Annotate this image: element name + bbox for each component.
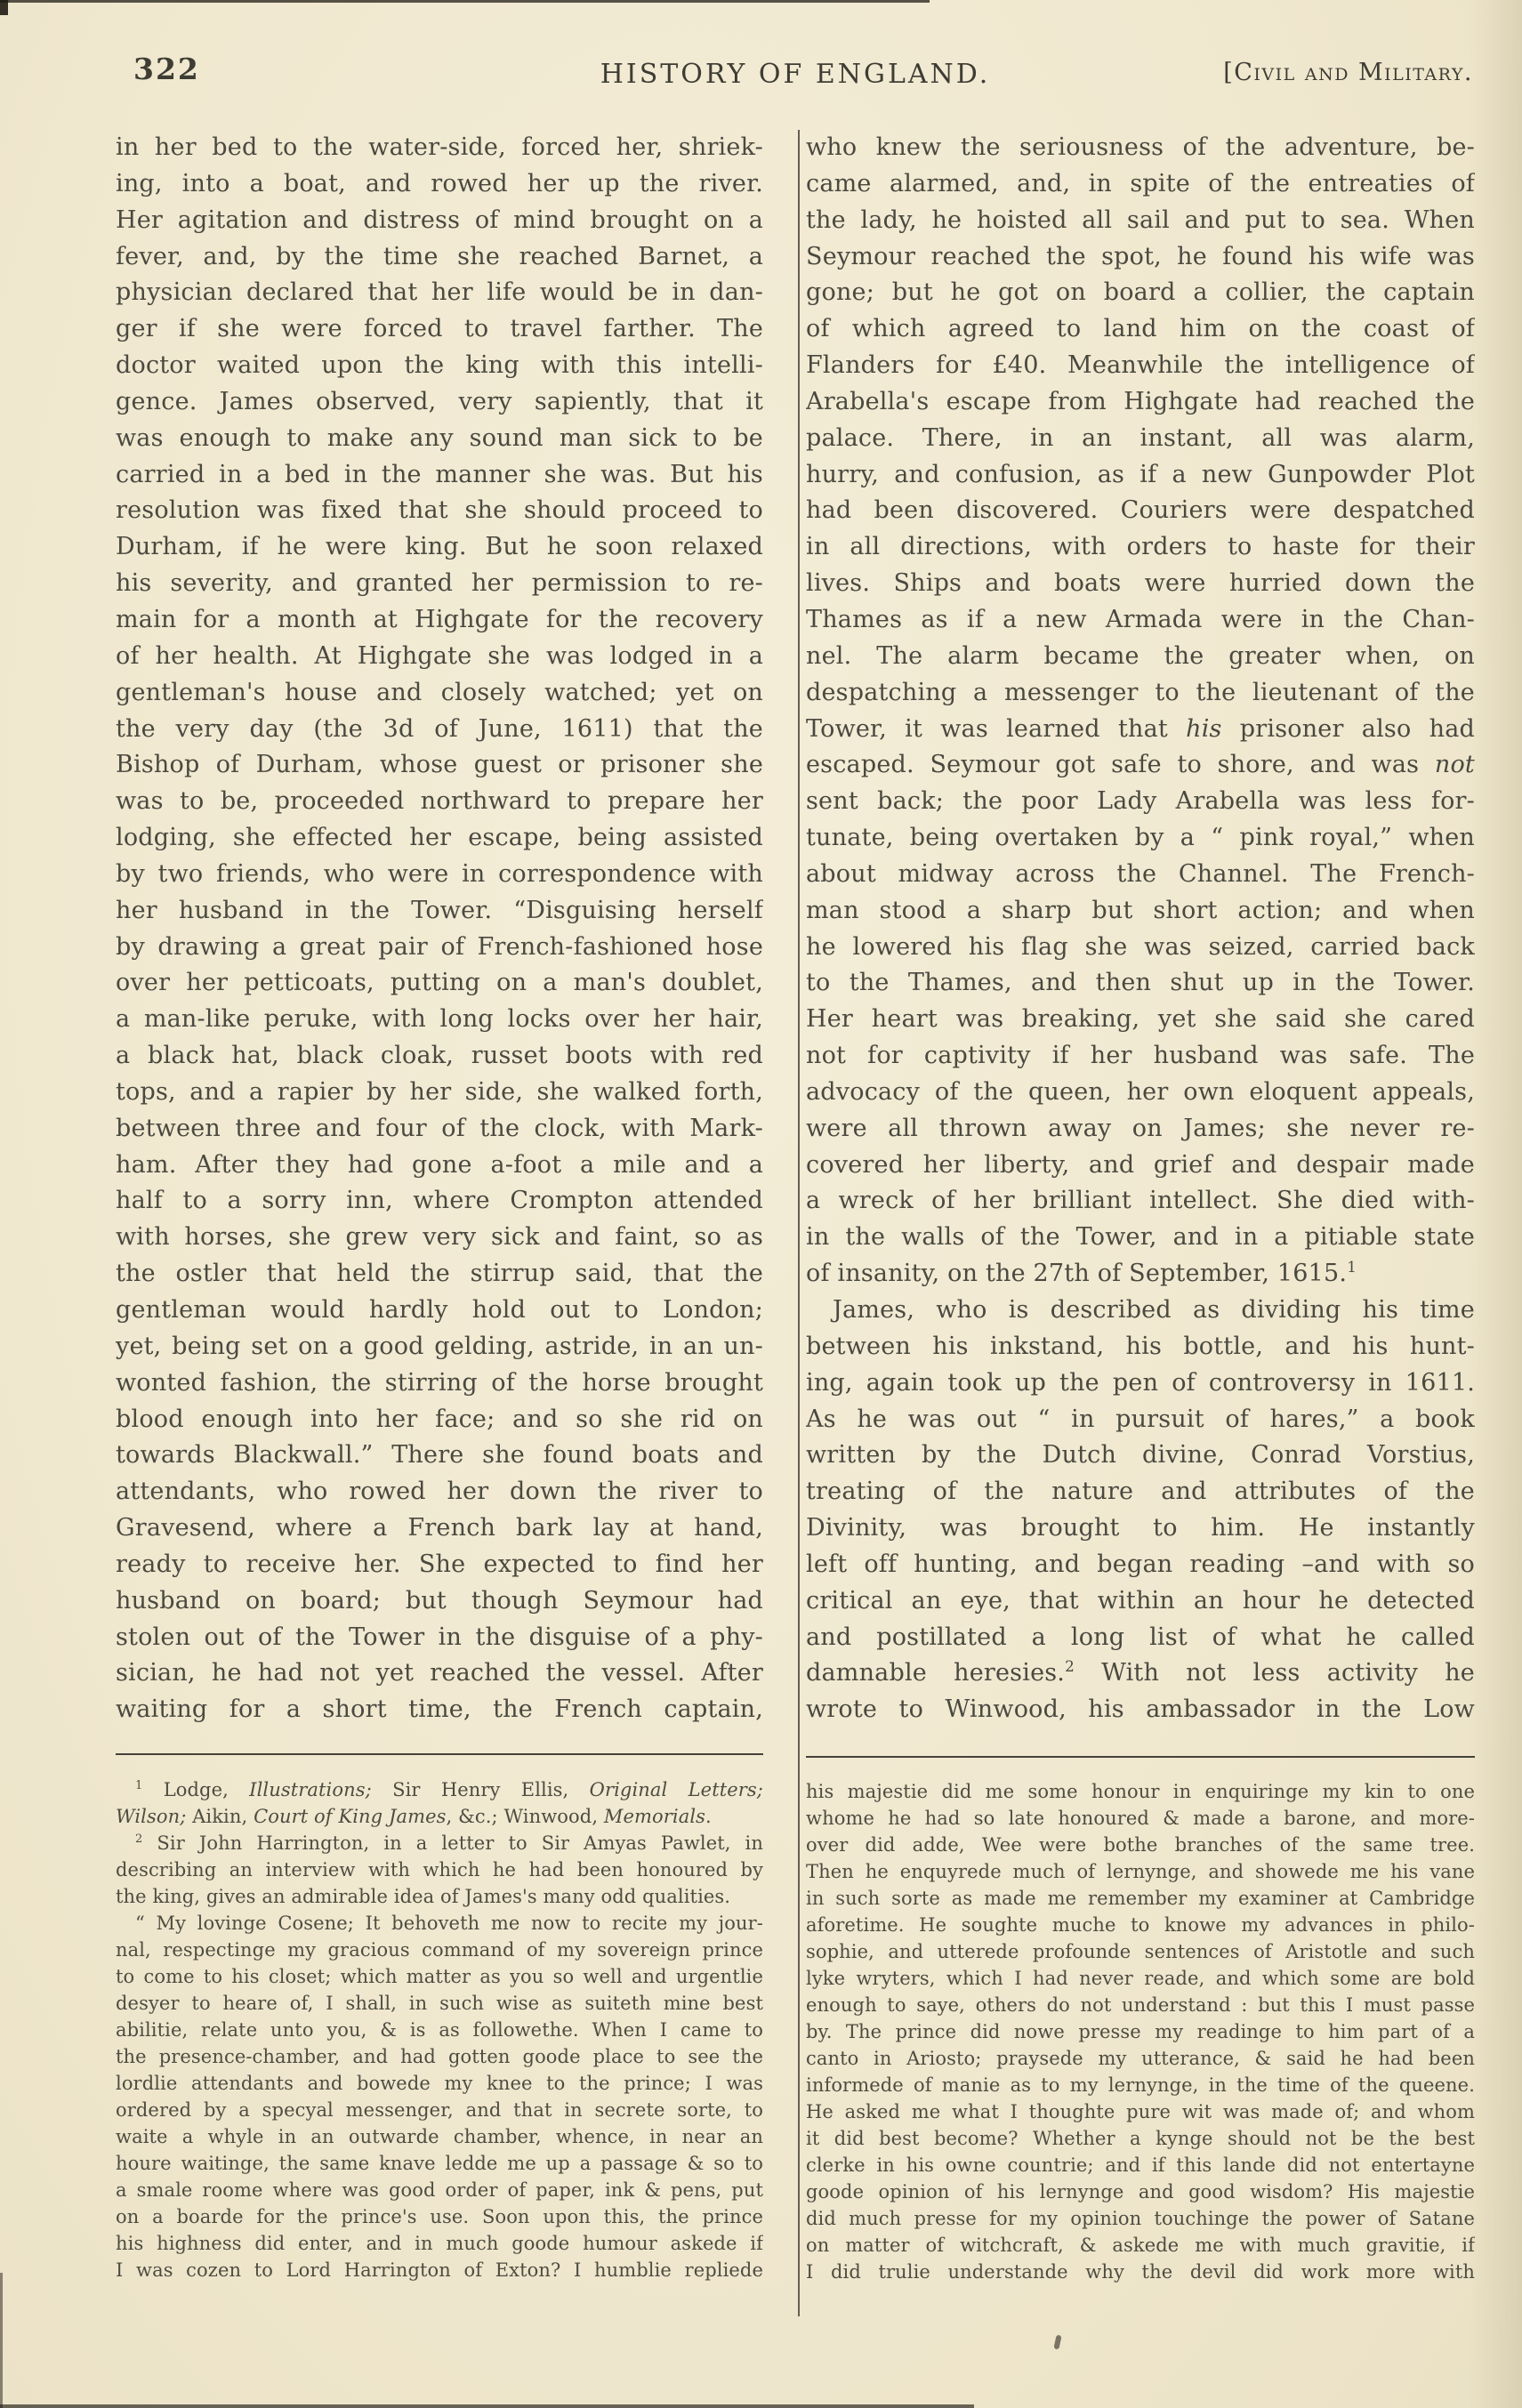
text-line: in all directions, with orders to haste … bbox=[806, 529, 1475, 566]
text-line: describing an interview with which he ha… bbox=[116, 1856, 763, 1883]
text-line: he lowered his flag she was seized, carr… bbox=[806, 930, 1475, 966]
text-line: a smale roome where was good order of pa… bbox=[116, 2177, 763, 2203]
text-line: was to be, proceeded northward to prepar… bbox=[116, 784, 763, 820]
text-line: doctor waited upon the king with this in… bbox=[116, 348, 763, 384]
text-line: physician declared that her life would b… bbox=[116, 275, 763, 311]
text-line: about midway across the Channel. The Fre… bbox=[806, 857, 1475, 893]
text-line: Bishop of Durham, whose guest or prisone… bbox=[116, 747, 763, 784]
text-line: nal, respectinge my gracious command of … bbox=[116, 1937, 763, 1963]
text-line: wonted fashion, the stirring of the hors… bbox=[116, 1365, 763, 1402]
text-line: it did best become? Whether a kynge shou… bbox=[806, 2125, 1475, 2152]
scan-edge-artifact-corner bbox=[0, 0, 8, 15]
text-line: He asked me what I thoughte pure wit was… bbox=[806, 2098, 1475, 2125]
text-line: Her agitation and distress of mind broug… bbox=[116, 203, 763, 239]
text-line: of insanity, on the 27th of September, 1… bbox=[806, 1256, 1475, 1293]
text-line: attendants, who rowed her down the river… bbox=[116, 1474, 763, 1510]
text-line: was enough to make any sound man sick to… bbox=[116, 421, 763, 457]
text-line: enough to saye, others do not understand… bbox=[806, 1992, 1475, 2018]
text-line: 2 Sir John Harrington, in a letter to Si… bbox=[116, 1830, 763, 1856]
scan-edge-artifact-bottom bbox=[0, 2404, 974, 2408]
text-line: her husband in the Tower. “Disguising he… bbox=[116, 893, 763, 930]
text-line: informede of manie as to my lernynge, in… bbox=[806, 2072, 1475, 2098]
text-line: clerke in his owne countrie; and if this… bbox=[806, 2152, 1475, 2178]
text-line: gentleman's house and closely watched; y… bbox=[116, 675, 763, 712]
text-line: wrote to Winwood, his ambassador in the … bbox=[806, 1692, 1475, 1728]
text-line: canto in Ariosto; praysede my utterance,… bbox=[806, 2045, 1475, 2072]
text-line: on matter of witchcraft, & askede me wit… bbox=[806, 2232, 1475, 2259]
text-line: hurry, and confusion, as if a new Gunpow… bbox=[806, 457, 1475, 494]
text-line: nel. The alarm became the greater when, … bbox=[806, 639, 1475, 675]
text-line: lives. Ships and boats were hurried down… bbox=[806, 566, 1475, 602]
text-line: Gravesend, where a French bark lay at ha… bbox=[116, 1510, 763, 1547]
text-line: the lady, he hoisted all sail and put to… bbox=[806, 203, 1475, 239]
text-line: lyke wryters, which I had never reade, a… bbox=[806, 1965, 1475, 1992]
footnote-separator-rule-left bbox=[116, 1753, 763, 1755]
text-line: by two friends, who were in corresponden… bbox=[116, 857, 763, 893]
text-line: had been discovered. Couriers were despa… bbox=[806, 493, 1475, 529]
text-line: James, who is described as dividing his … bbox=[806, 1293, 1475, 1329]
text-line: sophie, and utterede profounde sentences… bbox=[806, 1938, 1475, 1965]
text-line: I did trulie understande why the devil d… bbox=[806, 2259, 1475, 2285]
text-line: over her petticoats, putting on a man's … bbox=[116, 965, 763, 1002]
ink-speck bbox=[1053, 2335, 1061, 2350]
text-line: Thames as if a new Armada were in the Ch… bbox=[806, 602, 1475, 639]
text-line: Then he enquyrede much of lernynge, and … bbox=[806, 1858, 1475, 1885]
text-line: Durham, if he were king. But he soon rel… bbox=[116, 529, 763, 566]
text-line: by drawing a great pair of French-fashio… bbox=[116, 930, 763, 966]
text-line: yet, being set on a good gelding, astrid… bbox=[116, 1329, 763, 1365]
text-line: with horses, she grew very sick and fain… bbox=[116, 1220, 763, 1256]
text-line: Divinity, was brought to him. He instant… bbox=[806, 1510, 1475, 1547]
text-line: towards Blackwall.” There she found boat… bbox=[116, 1438, 763, 1474]
text-line: by. The prince did nowe presse my readin… bbox=[806, 2018, 1475, 2045]
text-line: blood enough into her face; and so she r… bbox=[116, 1402, 763, 1438]
text-line: covered her liberty, and grief and despa… bbox=[806, 1148, 1475, 1184]
text-line: ing, into a boat, and rowed her up the r… bbox=[116, 166, 763, 203]
text-line: his highness did enter, and in much good… bbox=[116, 2230, 763, 2257]
footnote-column-left: 1 Lodge, Illustrations; Sir Henry Ellis,… bbox=[116, 1776, 763, 2283]
text-line: Seymour reached the spot, he found his w… bbox=[806, 239, 1475, 276]
text-line: sent back; the poor Lady Arabella was le… bbox=[806, 784, 1475, 820]
text-line: gentleman would hardly hold out to Londo… bbox=[116, 1293, 763, 1329]
text-line: whome he had so late honoured & made a b… bbox=[806, 1805, 1475, 1832]
text-line: carried in a bed in the manner she was. … bbox=[116, 457, 763, 494]
text-line: sician, he had not yet reached the vesse… bbox=[116, 1655, 763, 1692]
footnote-separator-rule-right bbox=[806, 1756, 1475, 1758]
footnote-column-right: his majestie did me some honour in enqui… bbox=[806, 1778, 1475, 2285]
text-line: written by the Dutch divine, Conrad Vors… bbox=[806, 1438, 1475, 1474]
main-text-column-left: in her bed to the water-side, forced her… bbox=[116, 130, 763, 1728]
text-line: treating of the nature and attributes of… bbox=[806, 1474, 1475, 1510]
text-line: ready to receive her. She expected to fi… bbox=[116, 1547, 763, 1583]
text-line: 1 Lodge, Illustrations; Sir Henry Ellis,… bbox=[116, 1776, 763, 1803]
text-line: the very day (the 3d of June, 1611) that… bbox=[116, 712, 763, 748]
text-line: his majestie did me some honour in enqui… bbox=[806, 1778, 1475, 1805]
text-line: goode opinion of his lernynge and good w… bbox=[806, 2178, 1475, 2205]
text-line: resolution was fixed that she should pro… bbox=[116, 493, 763, 529]
text-line: ordered by a specyal messenger, and that… bbox=[116, 2097, 763, 2123]
text-line: waite a whyle in an outwarde chamber, wh… bbox=[116, 2123, 763, 2150]
text-line: I was cozen to Lord Harrington of Exton?… bbox=[116, 2257, 763, 2283]
text-line: over did adde, Wee were bothe branches o… bbox=[806, 1832, 1475, 1858]
text-line: ing, again took up the pen of controvers… bbox=[806, 1365, 1475, 1402]
text-line: waiting for a short time, the French cap… bbox=[116, 1692, 763, 1728]
scan-edge-artifact-top bbox=[0, 0, 930, 3]
text-line: in the walls of the Tower, and in a piti… bbox=[806, 1220, 1475, 1256]
text-line: advocacy of the queen, her own eloquent … bbox=[806, 1075, 1475, 1111]
text-line: As he was out “ in pursuit of hares,” a … bbox=[806, 1402, 1475, 1438]
text-line: fever, and, by the time she reached Barn… bbox=[116, 239, 763, 276]
text-line: who knew the seriousness of the adventur… bbox=[806, 130, 1475, 166]
text-line: on a boarde for the prince's use. Soon u… bbox=[116, 2203, 763, 2230]
text-line: lodging, she effected her escape, being … bbox=[116, 820, 763, 857]
text-line: main for a month at Highgate for the rec… bbox=[116, 602, 763, 639]
text-line: houre waitinge, the same knave ledde me … bbox=[116, 2150, 763, 2177]
text-line: desyer to heare of, I shall, in such wis… bbox=[116, 1990, 763, 2017]
text-line: man stood a sharp but short action; and … bbox=[806, 893, 1475, 930]
text-line: ger if she were forced to travel farther… bbox=[116, 311, 763, 348]
text-line: despatching a messenger to the lieutenan… bbox=[806, 675, 1475, 712]
scan-edge-artifact-left bbox=[0, 2273, 3, 2408]
text-line: the ostler that held the stirrup said, t… bbox=[116, 1256, 763, 1293]
text-line: did much presse for my opinion touchinge… bbox=[806, 2205, 1475, 2232]
text-line: not for captivity if her husband was saf… bbox=[806, 1038, 1475, 1075]
text-line: in such sorte as made me remember my exa… bbox=[806, 1885, 1475, 1912]
text-line: of her health. At Highgate she was lodge… bbox=[116, 639, 763, 675]
text-line: “ My lovinge Cosene; It behoveth me now … bbox=[116, 1910, 763, 1937]
text-line: Wilson; Aikin, Court of King James, &c.;… bbox=[116, 1803, 763, 1830]
text-line: escaped. Seymour got safe to shore, and … bbox=[806, 747, 1475, 784]
text-line: lordlie attendants and bowede my knee to… bbox=[116, 2070, 763, 2097]
text-line: between his inkstand, his bottle, and hi… bbox=[806, 1329, 1475, 1365]
text-line: Her heart was breaking, yet she said she… bbox=[806, 1002, 1475, 1038]
text-line: and postillated a long list of what he c… bbox=[806, 1620, 1475, 1656]
text-line: half to a sorry inn, where Crompton atte… bbox=[116, 1183, 763, 1220]
main-text-column-right: who knew the seriousness of the adventur… bbox=[806, 130, 1475, 1728]
text-line: of which agreed to land him on the coast… bbox=[806, 311, 1475, 348]
text-line: abilitie, relate unto you, & is as follo… bbox=[116, 2017, 763, 2043]
text-line: stolen out of the Tower in the disguise … bbox=[116, 1620, 763, 1656]
text-line: left off hunting, and began reading –and… bbox=[806, 1547, 1475, 1583]
text-line: were all thrown away on James; she never… bbox=[806, 1111, 1475, 1148]
text-line: tops, and a rapier by her side, she walk… bbox=[116, 1075, 763, 1111]
text-line: came alarmed, and, in spite of the entre… bbox=[806, 166, 1475, 203]
text-line: a black hat, black cloak, russet boots w… bbox=[116, 1038, 763, 1075]
text-line: his severity, and granted her permission… bbox=[116, 566, 763, 602]
page-gutter-shadow bbox=[1469, 0, 1522, 2408]
book-page: 322 HISTORY OF ENGLAND. [Civil and Milit… bbox=[0, 0, 1522, 2408]
text-line: the presence-chamber, and had gotten goo… bbox=[116, 2043, 763, 2070]
running-head-right: [Civil and Military. bbox=[1223, 59, 1473, 86]
text-line: critical an eye, that within an hour he … bbox=[806, 1583, 1475, 1620]
text-line: between three and four of the clock, wit… bbox=[116, 1111, 763, 1148]
text-line: the king, gives an admirable idea of Jam… bbox=[116, 1883, 763, 1910]
text-line: a man-like peruke, with long locks over … bbox=[116, 1002, 763, 1038]
text-line: to come to his closet; which matter as y… bbox=[116, 1963, 763, 1990]
text-line: Arabella's escape from Highgate had reac… bbox=[806, 384, 1475, 421]
text-line: aforetime. He soughte muche to knowe my … bbox=[806, 1912, 1475, 1938]
text-line: ham. After they had gone a-foot a mile a… bbox=[116, 1148, 763, 1184]
text-line: tunate, being overtaken by a “ pink roya… bbox=[806, 820, 1475, 857]
text-line: palace. There, in an instant, all was al… bbox=[806, 421, 1475, 457]
text-line: damnable heresies.2 With not less activi… bbox=[806, 1655, 1475, 1692]
column-divider-rule bbox=[798, 130, 800, 2316]
text-line: Tower, it was learned that his prisoner … bbox=[806, 712, 1475, 748]
text-line: gone; but he got on board a collier, the… bbox=[806, 275, 1475, 311]
text-line: husband on board; but though Seymour had bbox=[116, 1583, 763, 1620]
text-line: in her bed to the water-side, forced her… bbox=[116, 130, 763, 166]
text-line: gence. James observed, very sapiently, t… bbox=[116, 384, 763, 421]
text-line: to the Thames, and then shut up in the T… bbox=[806, 965, 1475, 1002]
text-line: Flanders for £40. Meanwhile the intellig… bbox=[806, 348, 1475, 384]
text-line: a wreck of her brilliant intellect. She … bbox=[806, 1183, 1475, 1220]
